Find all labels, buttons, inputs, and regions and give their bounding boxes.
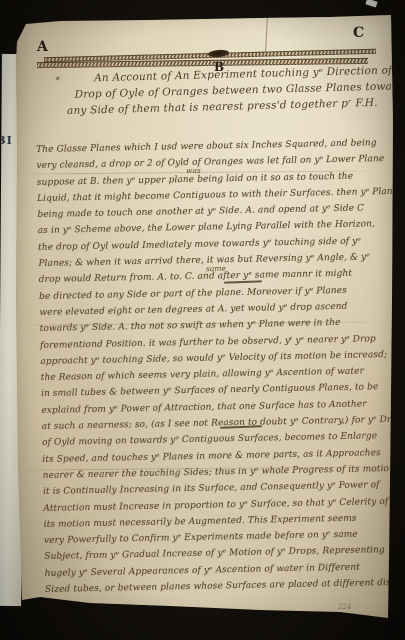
inserted-word: was [186, 166, 201, 175]
body-text: The Glasse Planes which I usd were about… [36, 135, 397, 598]
inserted-word: same [206, 264, 226, 273]
manuscript-page: A B C * An Account of An Experiment touc… [14, 10, 395, 625]
plane-label-a: A [37, 39, 48, 55]
title-block: An Account of An Experiment touching yᵉ … [66, 62, 397, 119]
page-number-mark: 224 [338, 603, 351, 611]
photo-artifact [365, 0, 377, 8]
plane-label-c: C [353, 25, 364, 41]
title-mark: * [55, 76, 61, 87]
edge-print-fragment: BI [0, 134, 13, 147]
paper-crack [265, 18, 268, 52]
manuscript-photo: BI A B C * An Account of An Experiment t… [0, 0, 405, 640]
